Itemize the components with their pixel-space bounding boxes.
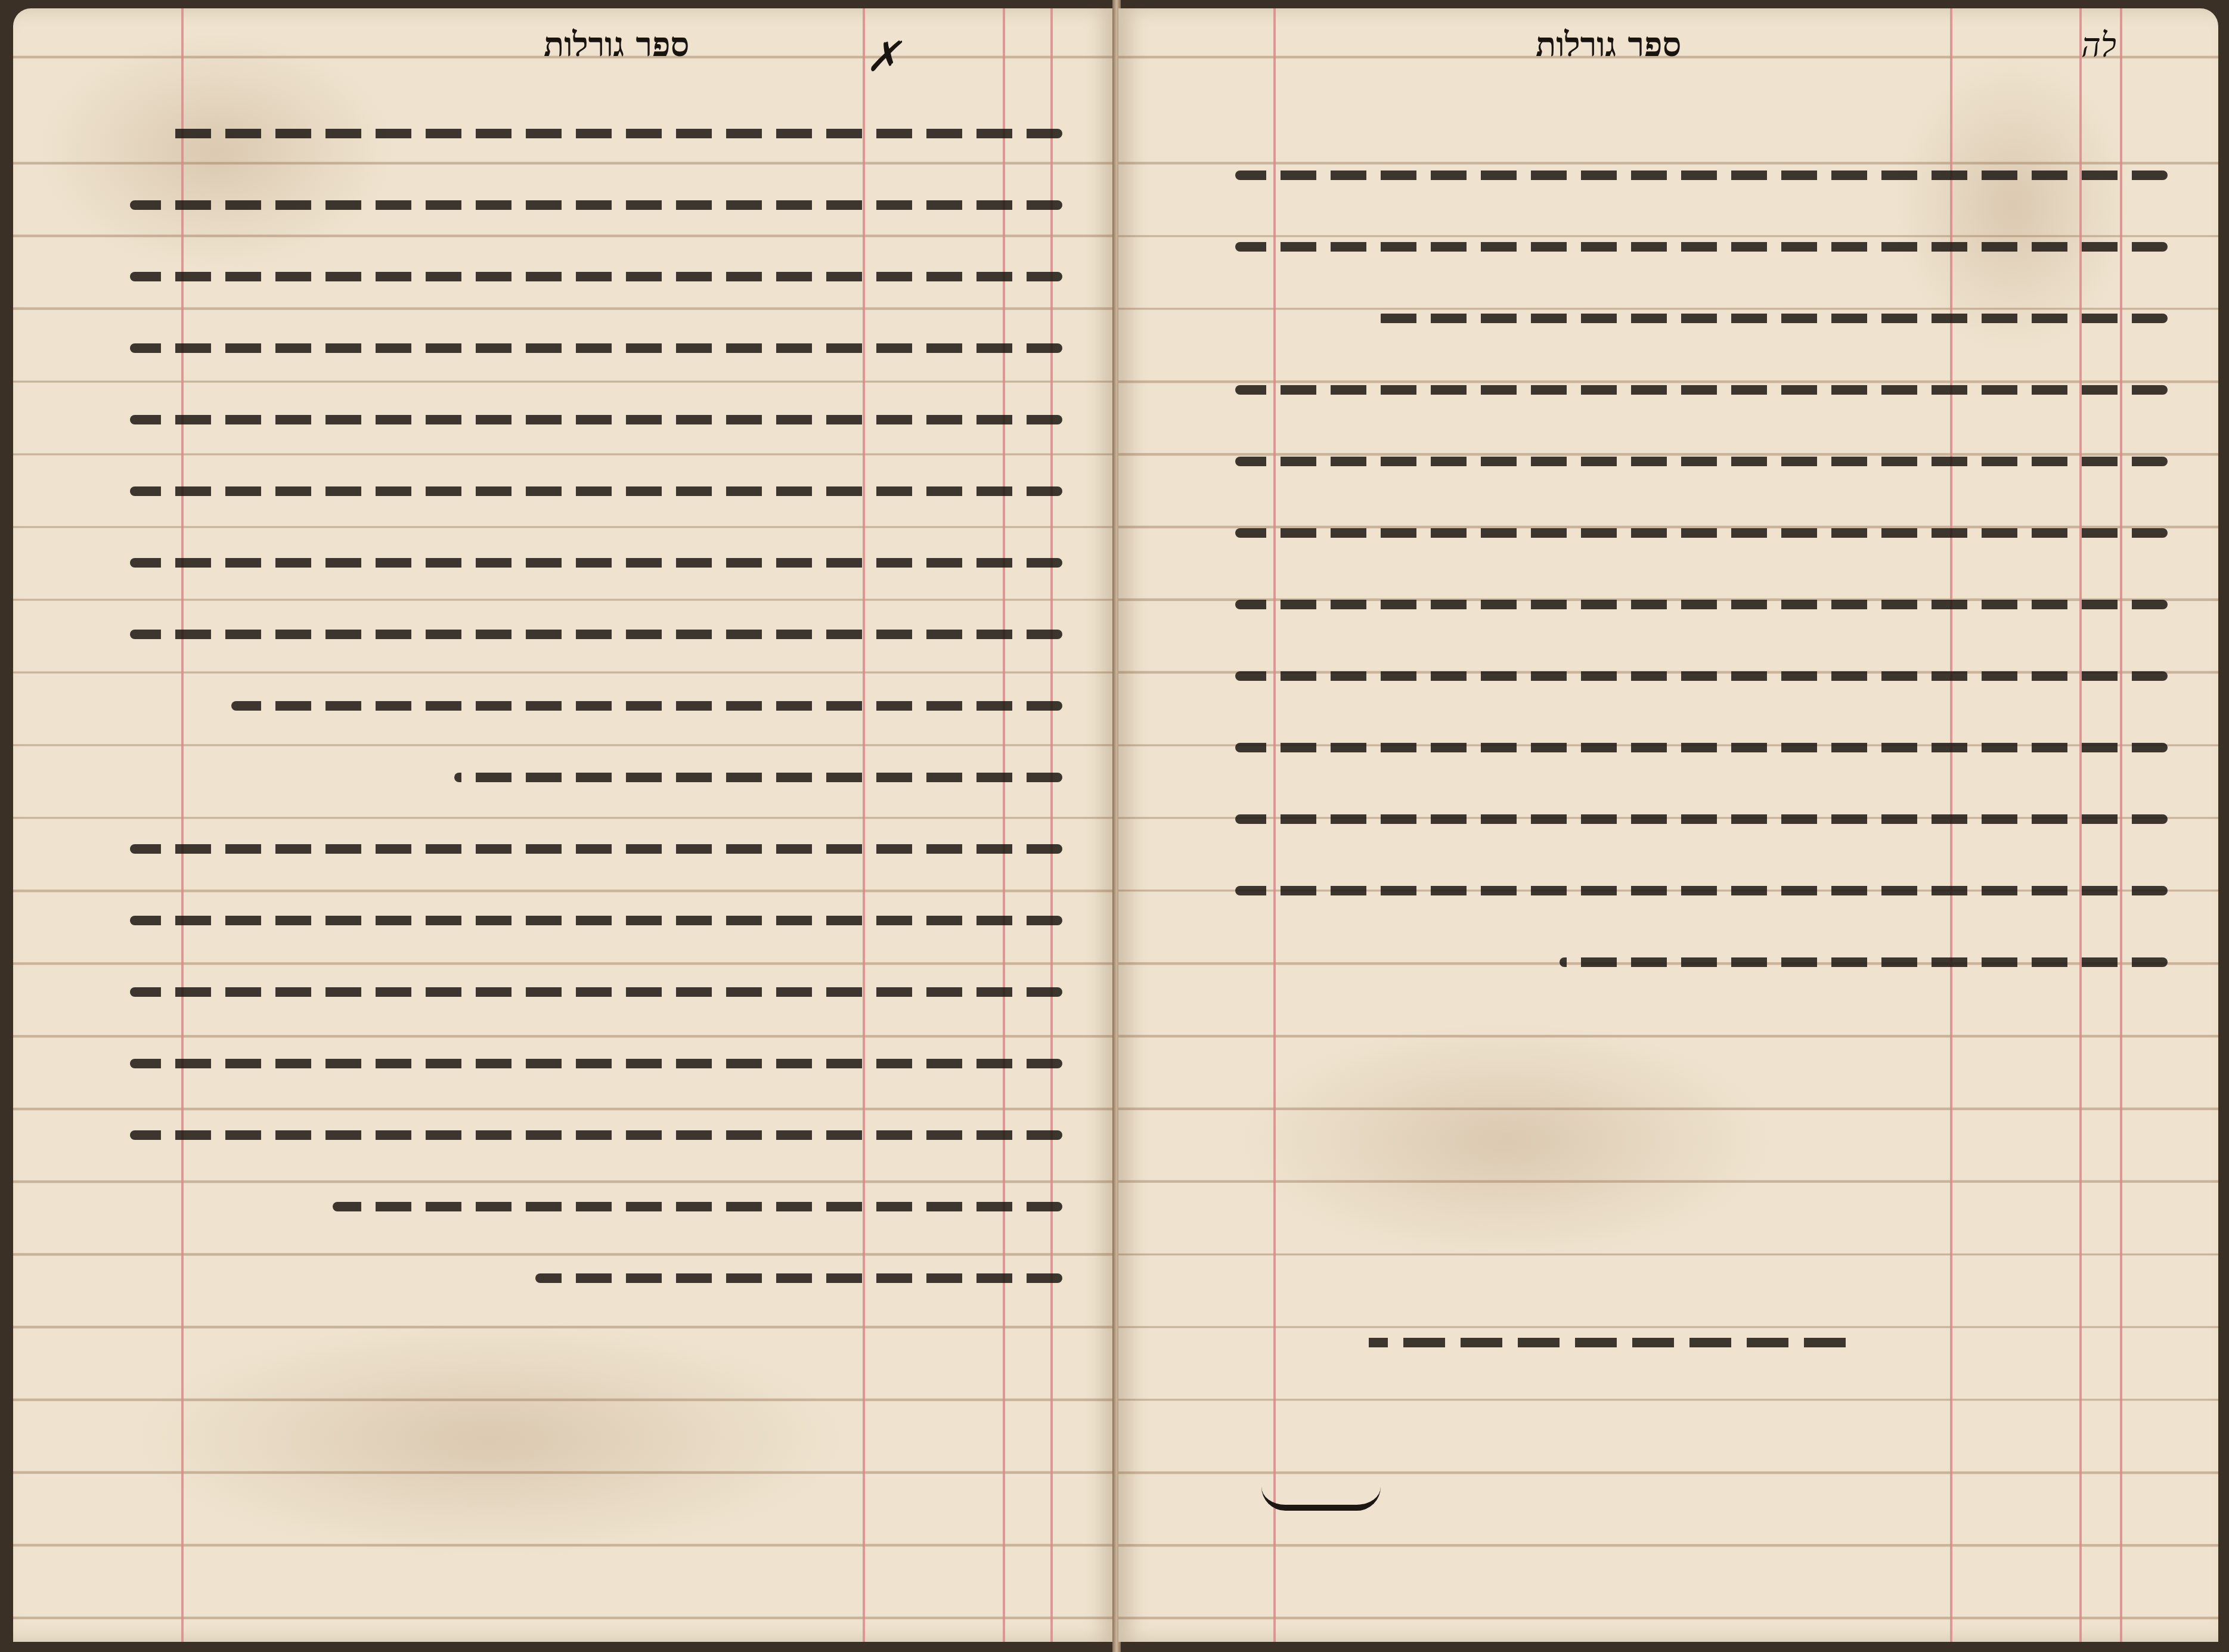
text-line: [1154, 569, 2168, 640]
text-line: [1154, 211, 2168, 283]
handwriting: [130, 1059, 1062, 1068]
handwriting: [130, 272, 1062, 281]
signature-flourish: [1261, 1475, 1381, 1511]
handwriting: [130, 486, 1062, 496]
text-line: [49, 527, 1062, 599]
stain: [1238, 1022, 1774, 1260]
handwriting: [1235, 171, 2168, 180]
text-line: [49, 1028, 1062, 1099]
handwriting: [130, 200, 1062, 210]
right-page: ספר גורלות לה: [1118, 8, 2218, 1642]
handwriting: [1377, 314, 2168, 323]
text-line: [49, 169, 1062, 241]
text-line: [1154, 426, 2168, 497]
text-line: [49, 885, 1062, 956]
running-title: ספר גורלות: [1536, 25, 1681, 64]
handwriting: [231, 701, 1062, 711]
text-line: [1154, 926, 2168, 998]
handwriting: [130, 916, 1062, 925]
handwriting: [130, 844, 1062, 854]
text-line: [49, 312, 1062, 384]
handwriting: [130, 415, 1062, 424]
text-line: [1154, 783, 2168, 855]
folio-number: לה: [2081, 26, 2116, 65]
handwriting: [1235, 886, 2168, 895]
handwriting: [535, 1273, 1062, 1283]
signature: [1369, 1338, 1846, 1347]
running-title: ספר גורלות: [544, 25, 689, 64]
text-line: [49, 1171, 1062, 1242]
text-line: [49, 1242, 1062, 1314]
handwriting: [130, 343, 1062, 353]
text-line: [1154, 354, 2168, 426]
text-line: [1154, 140, 2168, 211]
stain: [132, 1320, 848, 1558]
text-line: [1154, 640, 2168, 712]
text-line: [49, 670, 1062, 742]
text-line: [1154, 855, 2168, 926]
text-line: [1154, 283, 2168, 354]
handwriting: [454, 773, 1062, 782]
handwriting: [1235, 671, 2168, 681]
handwriting: [1235, 457, 2168, 466]
text-line: [1154, 497, 2168, 569]
text-lines: [49, 98, 1062, 1314]
handwriting: [1235, 743, 2168, 752]
handwriting: [130, 987, 1062, 997]
handwriting: [1235, 814, 2168, 824]
text-line: [49, 455, 1062, 527]
handwriting: [1235, 528, 2168, 538]
handwriting: [130, 630, 1062, 639]
marginal-mark: ✗: [866, 32, 901, 81]
handwriting: [1235, 600, 2168, 609]
left-page: ספר גורלות ✗: [13, 8, 1115, 1642]
handwriting: [1235, 385, 2168, 395]
handwriting: [130, 558, 1062, 568]
text-line: [49, 956, 1062, 1028]
text-lines: [1154, 140, 2168, 998]
text-line: [49, 98, 1062, 169]
handwriting: [130, 1130, 1062, 1140]
text-line: [49, 241, 1062, 312]
text-line: [49, 384, 1062, 455]
text-line: [1154, 712, 2168, 783]
text-line: [49, 1099, 1062, 1171]
text-line: [49, 813, 1062, 885]
text-line: [49, 742, 1062, 813]
handwriting: [333, 1202, 1062, 1211]
handwriting: [1235, 242, 2168, 252]
handwriting: [1560, 957, 2168, 967]
handwriting: [170, 129, 1062, 138]
text-line: [49, 599, 1062, 670]
